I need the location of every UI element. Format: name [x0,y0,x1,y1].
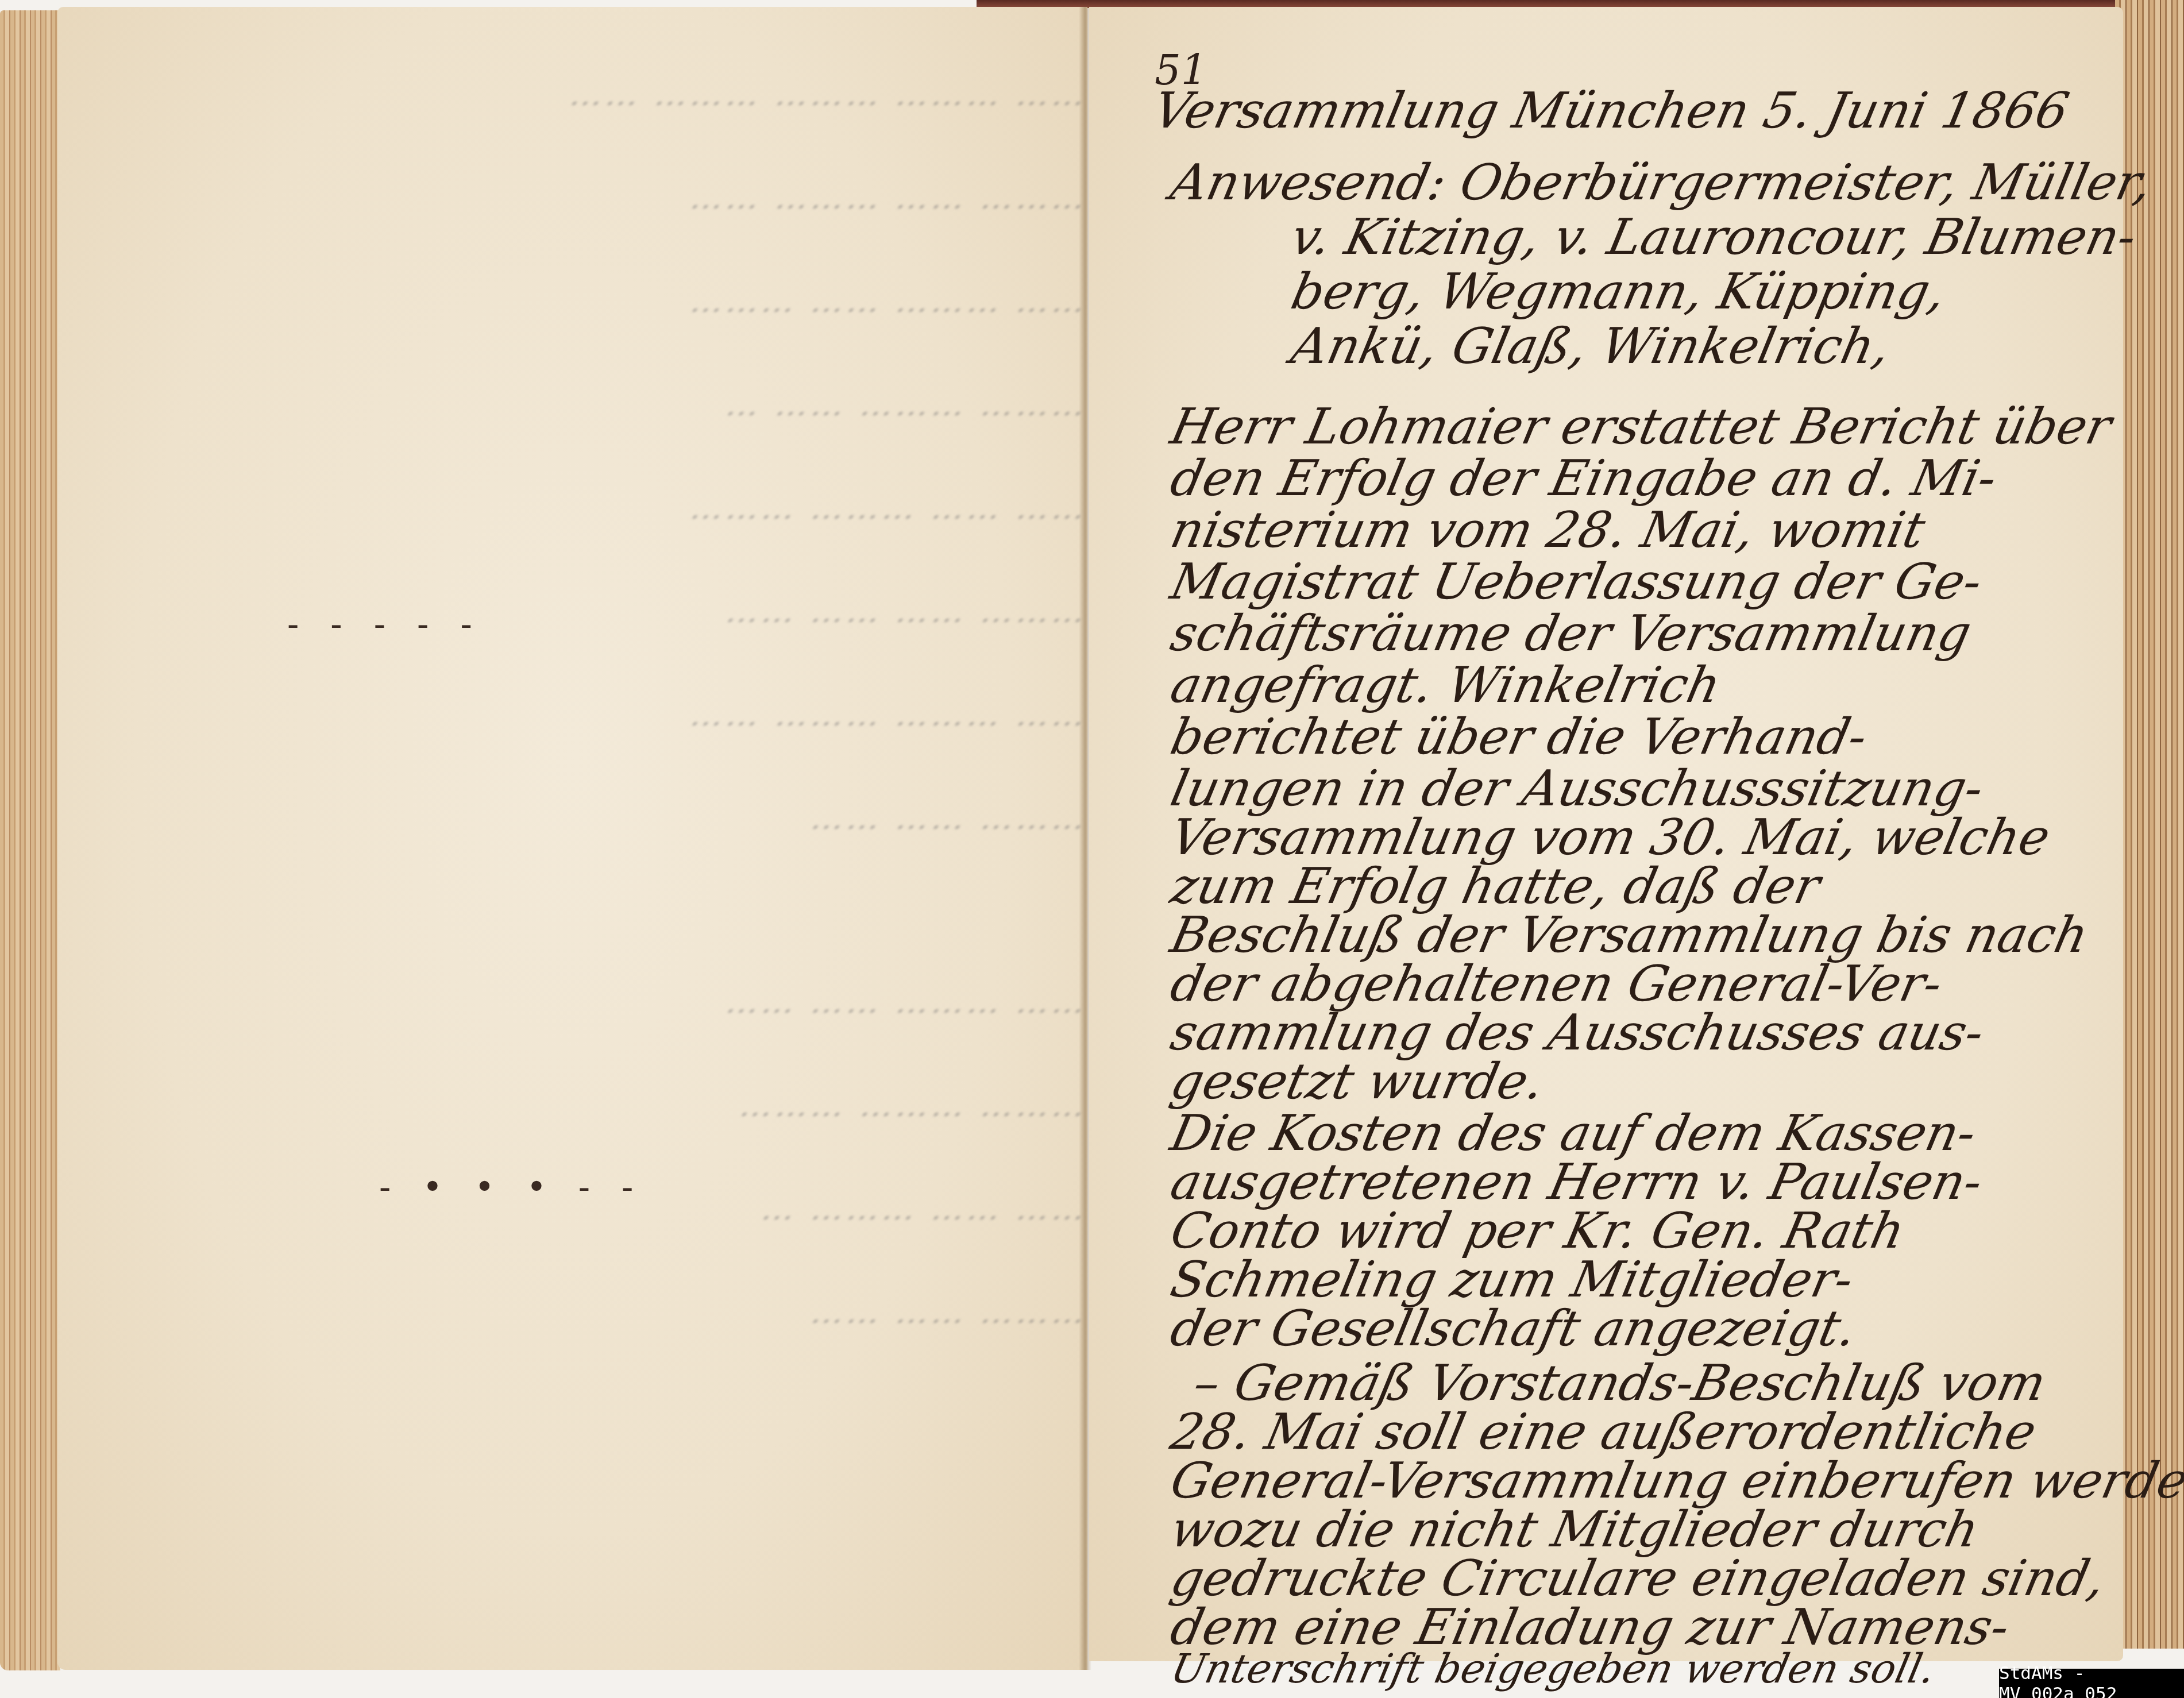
handwritten-line: nisterium vom 28. Mai, womit [1167,505,2073,555]
handwritten-line: schäftsräume der Versammlung [1167,609,2073,658]
handwritten-line: 28. Mai soll eine außerordentliche [1167,1407,2073,1457]
entry-heading: Versammlung München 5. Juni 1866 [1149,86,2056,136]
bleed-through-line: ……… ……… …… … [210,386,1096,423]
bleed-through-line: ……… …… ……… …… [221,179,1096,217]
handwritten-line: Magistrat Ueberlassung der Ge- [1167,557,2073,607]
handwritten-line: Schmeling zum Mitglieder- [1167,1255,2073,1305]
handwritten-line: der Gesellschaft angezeigt. [1167,1304,2073,1353]
handwritten-line: – Gemäß Vorstands-Beschluß vom [1190,1359,2096,1408]
handwritten-line: ausgetretenen Herrn v. Paulsen- [1167,1157,2073,1207]
handwritten-line: berg, Wegmann, Küpping, [1287,267,2184,317]
bleed-through-line: …… ……… …… …… [451,983,1096,1021]
handwritten-line: Conto wird per Kr. Gen. Rath [1167,1206,2073,1256]
handwritten-line: Herr Lohmaier erstattet Bericht über [1167,402,2073,451]
left-page: …… ……… ……… ……… …… ……… …… ……… …… …… ……… …… [57,7,1087,1670]
bleed-through-line: ……… …… …… [256,800,1096,837]
handwritten-line: sammlung des Ausschusses aus- [1167,1008,2073,1058]
handwritten-line: v. Kitzing, v. Lauroncour, Blumen- [1287,213,2184,262]
handwritten-line: zum Erfolg hatte, daß der [1167,862,2073,911]
bleed-through-line: …… ……… …… ……… [244,283,1096,320]
bleed-through-line: …… …… ……… ……… [233,489,1096,527]
handwritten-line: gesetzt wurde. [1167,1057,2073,1106]
handwritten-line: Versammlung vom 30. Mai, welche [1167,813,2073,862]
bleed-through-line: …… ……… ……… ……… …… [198,76,1096,113]
handwritten-line: Anwesend: Oberbürgermeister, Müller, [1167,158,2073,207]
bleed-through-line: ……… …… …… [416,1294,1096,1331]
handwritten-line: Die Kosten des auf dem Kassen- [1167,1109,2073,1158]
handwritten-line: Unterschrift beigegeben werden soll. [1168,1649,2073,1689]
page-stack-left [0,10,60,1670]
handwritten-line: Beschluß der Versammlung bis nach [1167,910,2073,960]
handwritten-line: lungen in der Ausschusssitzung- [1167,764,2073,813]
handwritten-line: gedruckte Circulare eingeladen sind, [1167,1554,2073,1603]
handwritten-line: berichtet über die Verhand- [1167,712,2073,762]
handwritten-line: den Erfolg der Eingabe an d. Mi- [1167,454,2073,503]
ink-mark: - • • • - - [379,1167,643,1207]
handwritten-line: wozu die nicht Mitglieder durch [1167,1505,2073,1554]
handwritten-line: Ankü, Glaß, Winkelrich, [1287,322,2184,371]
bleed-through-line: …… ……… ……… …… [221,696,1096,734]
bleed-through-line: ……… ……… ……… [439,1087,1096,1124]
archive-label: StdAMs - MV_002a_052 [1999,1669,2184,1698]
open-book: …… ……… ……… ……… …… ……… …… ……… …… …… ……… …… [0,0,2184,1698]
handwritten-line: General-Versammlung einberufen werden, [1167,1456,2073,1506]
handwritten-line: angefragt. Winkelrich [1167,661,2073,710]
ink-mark: - - - - - [287,604,483,645]
handwritten-line: der abgehaltenen General-Ver- [1167,959,2073,1009]
